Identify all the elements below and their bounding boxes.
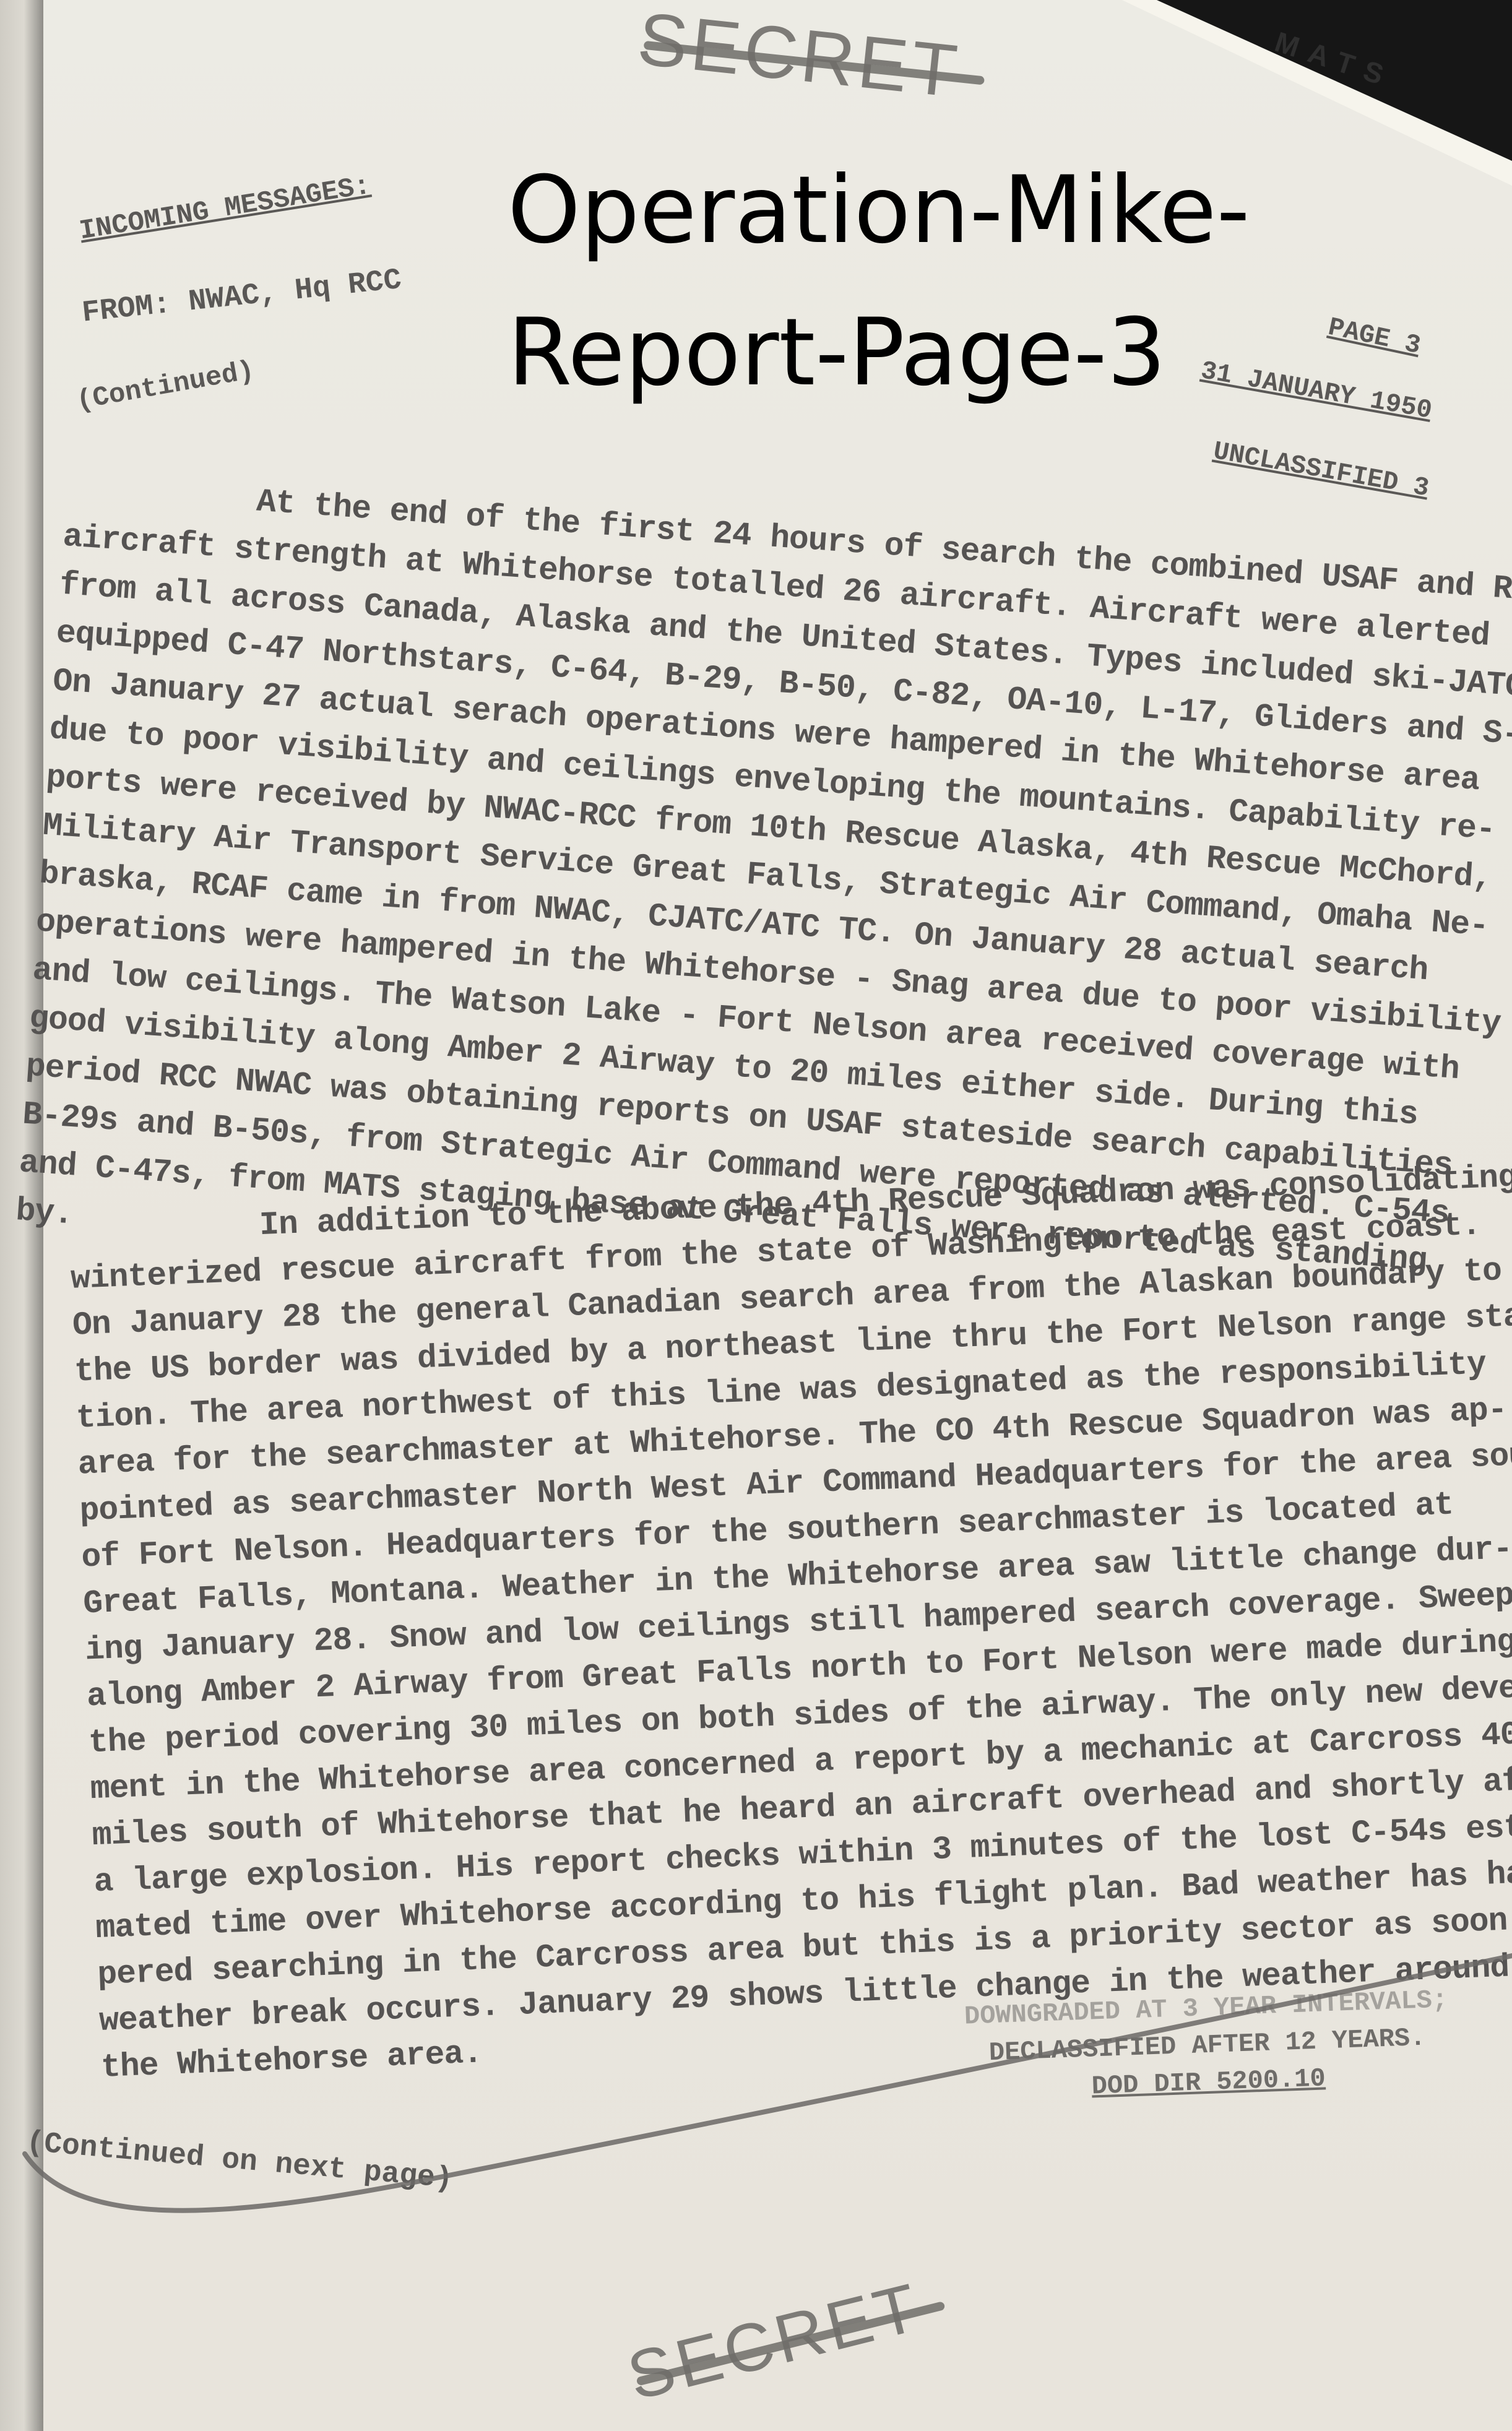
declassification-stamp: DOWNGRADED AT 3 YEAR INTERVALS; DECLASSI… bbox=[964, 1981, 1451, 2109]
paragraph-2: In addition to the above the 4th Rescue … bbox=[68, 1157, 1493, 2091]
overlay-title: Operation-Mike- Report-Page-3 bbox=[508, 139, 1250, 424]
